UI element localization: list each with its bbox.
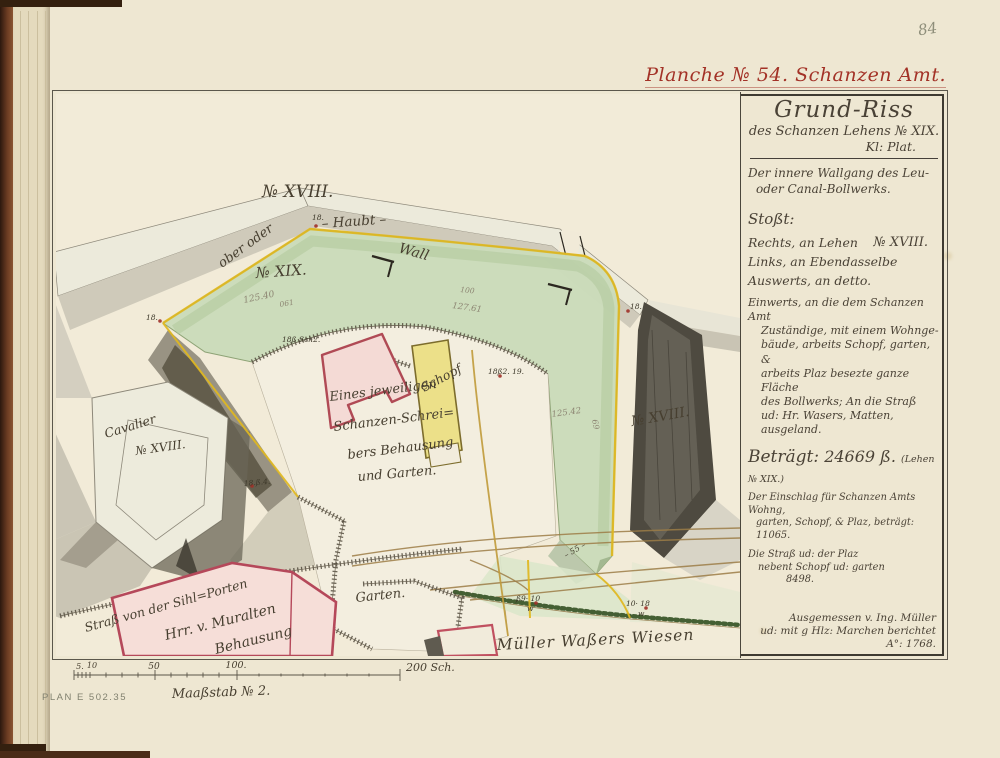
- panel-subtitle-1: Der innere Wallgang des Leu-: [748, 166, 929, 180]
- panel-title: Grund-Riss: [748, 97, 940, 123]
- mark-18-left: 18.: [146, 313, 158, 322]
- mark-18sch2: 18ß Sch2.: [282, 335, 320, 344]
- scale-tick-50: 50: [148, 662, 160, 672]
- page-edge-line: [28, 11, 29, 753]
- label-no18-top: № XVIII.: [261, 182, 333, 202]
- page-edge-line: [20, 11, 21, 753]
- einwerts-line: Einwerts, an die dem Schanzen Amt: [748, 296, 940, 324]
- folio-number: 84: [917, 19, 939, 40]
- einschlag-line: Der Einschlag für Schanzen Amts Wohng,: [748, 492, 940, 517]
- signature-line: Ausgemessen v. Ing. Müller: [760, 612, 936, 625]
- bounds-auswerts: Auswerts, an detto.: [748, 273, 940, 288]
- panel-title-line3: Kl: Plat.: [748, 139, 940, 154]
- einwerts-line: des Bollwerks; An die Straß: [761, 395, 940, 409]
- page-edge-line: [45, 11, 46, 753]
- mark-w2: w: [638, 609, 645, 618]
- archive-reference: PLAN E 502.35: [42, 692, 127, 703]
- einwerts-line: bäude, arbeits Schopf, garten, &: [761, 338, 940, 366]
- label-no19: № XIX.: [254, 260, 307, 282]
- strass-line2: nebent Schopf ud: garten 8498.: [758, 562, 940, 587]
- bounds-rechts: Rechts, an Lehen № XVIII.: [748, 235, 940, 250]
- panel-separator-line: [740, 92, 741, 658]
- book-board-top: [0, 0, 122, 7]
- betragt-value: 24669 ß.: [824, 447, 896, 466]
- panel-subtitle-2: oder Canal-Bollwerks.: [756, 182, 891, 196]
- betragt-label: Beträgt:: [748, 447, 819, 467]
- info-panel: Grund-Riss des Schanzen Lehens № XIX. Kl…: [748, 97, 940, 655]
- book-board-bottom-edge: [0, 751, 150, 758]
- einwerts-line: arbeits Plaz besezte ganze Fläche: [761, 367, 940, 395]
- scale-tick-5: 5.: [76, 662, 84, 671]
- mark-18-right: 18.: [630, 302, 642, 311]
- signature-line: ud: mit g Hlz: Marchen berichtet: [760, 625, 936, 638]
- fortification-plan-drawing: № XVIII. ober oder – Haubt – Wall № XIX.…: [56, 94, 740, 656]
- scale-tick-200: 200 Sch.: [405, 661, 455, 674]
- surveyor-signature: Ausgemessen v. Ing. Müller ud: mit g Hlz…: [760, 612, 936, 651]
- einwerts-line: Zuständige, mit einem Wohnge-: [761, 324, 940, 338]
- bounds-rechts-text: Rechts, an Lehen: [748, 235, 858, 250]
- strass-value: 8498.: [786, 574, 814, 585]
- bounds-links: Links, an Ebendasselbe: [748, 254, 940, 269]
- mark-18b2-19: 18ß2. 19.: [488, 367, 524, 376]
- plate-title: Planche № 54. Schanzen Amt.: [645, 64, 946, 88]
- panel-subtitle: Der innere Wallgang des Leu- oder Canal-…: [748, 166, 940, 197]
- einwerts-line: ud: Hr. Wasers, Matten, ausgeland.: [761, 409, 940, 437]
- strass-note: Die Straß ud: der Plaz nebent Schopf ud:…: [748, 549, 940, 587]
- scale-label: Maaßstab № 2.: [171, 684, 271, 702]
- meas-100: 100: [460, 285, 475, 295]
- scale-tick-10: 10: [87, 661, 97, 670]
- scanned-plan-page: { "page": { "folio_number": "84", "archi…: [0, 0, 1000, 758]
- mark-18-corner: 18.: [312, 213, 324, 222]
- betragt-row: Beträgt: 24669 ß. (Lehen № XIX.): [748, 447, 940, 486]
- einschlag-line: garten, Schopf, & Plaz, beträgt: 11065.: [756, 517, 940, 542]
- signature-line: A°: 1768.: [760, 638, 936, 651]
- bounds-rechts-no: № XVIII.: [873, 235, 928, 250]
- small-building: [438, 625, 497, 656]
- einschlag-note: Der Einschlag für Schanzen Amts Wohng, g…: [748, 492, 940, 543]
- mark-w1: w: [527, 604, 534, 613]
- mark-10-18: 10· 18: [626, 599, 650, 608]
- strass-line: Die Straß ud: der Plaz: [748, 549, 940, 562]
- stoesst-label: Stoßt:: [748, 210, 940, 228]
- panel-title-rule: [750, 158, 938, 159]
- scale-tick-100: 100.: [225, 660, 246, 671]
- page-edge-line: [37, 11, 38, 753]
- bounds-einwerts: Einwerts, an die dem Schanzen Amt Zustän…: [748, 296, 940, 437]
- panel-title-line2: des Schanzen Lehens № XIX.: [748, 124, 940, 139]
- book-spine: [0, 0, 13, 758]
- page-edges: [13, 3, 50, 755]
- mark-b9-10: ß9· 10: [515, 594, 540, 603]
